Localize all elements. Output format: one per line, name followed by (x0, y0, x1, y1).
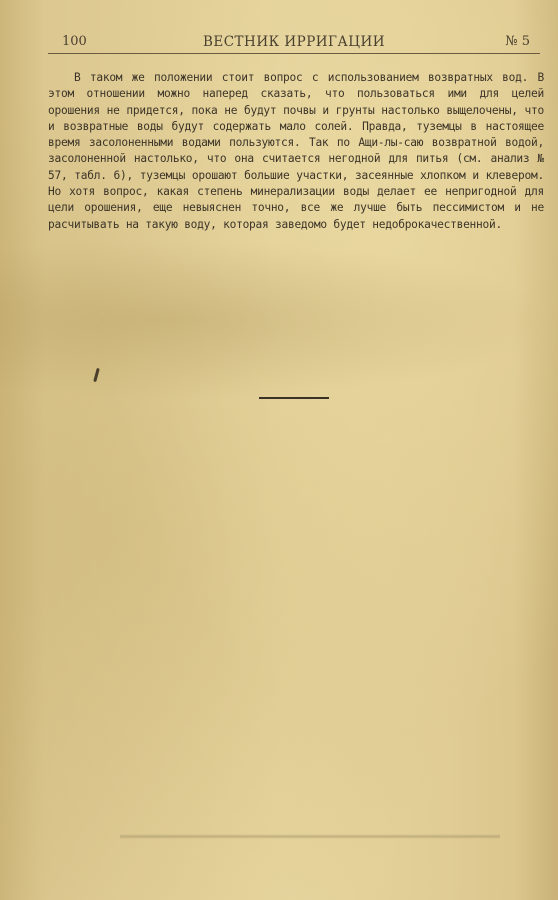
journal-title: ВЕСТНИК ИРРИГАЦИИ (48, 34, 540, 50)
article-text: В таком же положении стоит вопрос с испо… (48, 70, 544, 233)
paper-fold-line (120, 834, 500, 839)
running-header: 100 ВЕСТНИК ИРРИГАЦИИ № 5 (48, 33, 540, 54)
paragraph: В таком же положении стоит вопрос с испо… (48, 70, 544, 233)
section-end-rule (259, 397, 329, 399)
paper-stain (0, 240, 558, 400)
paper-page: 100 ВЕСТНИК ИРРИГАЦИИ № 5 В таком же пол… (0, 0, 558, 900)
issue-number: № 5 (505, 34, 530, 49)
